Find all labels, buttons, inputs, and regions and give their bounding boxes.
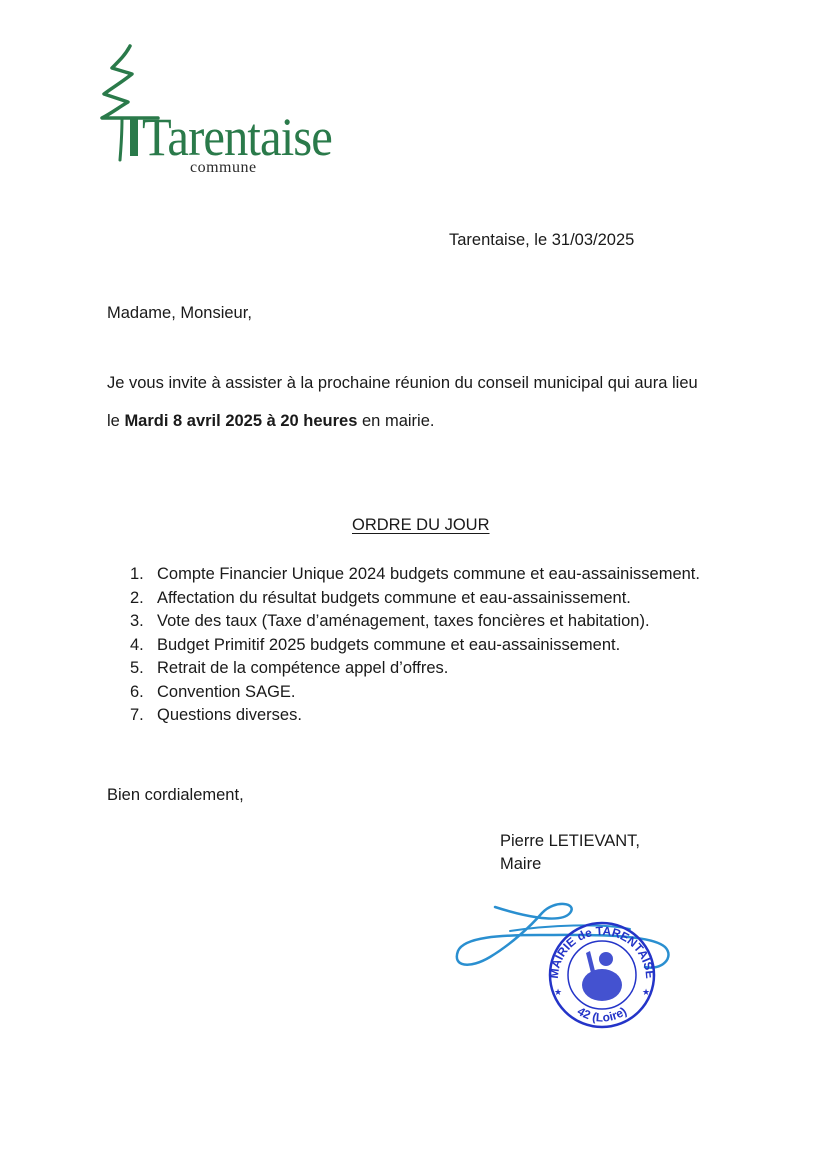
date-line: Tarentaise, le 31/03/2025	[449, 231, 634, 251]
agenda-item: 3.Vote des taux (Taxe d’aménagement, tax…	[130, 610, 700, 634]
stamp-bottom-text: 42 (Loire)	[575, 1004, 629, 1025]
meeting-datetime: Mardi 8 avril 2025 à 20 heures	[124, 412, 357, 430]
official-stamp: MAIRIE de TARENTAISE 42 (Loire) ★ ★	[547, 923, 657, 1027]
agenda-item: 6.Convention SAGE.	[130, 681, 700, 705]
body-paragraph-line-2: le Mardi 8 avril 2025 à 20 heures en mai…	[107, 412, 434, 432]
signer-name: Pierre LETIEVANT,	[500, 832, 640, 852]
star-icon: ★	[554, 987, 562, 997]
agenda-item: 5.Retrait de la compétence appel d’offre…	[130, 657, 700, 681]
agenda-item: 4.Budget Primitif 2025 budgets commune e…	[130, 634, 700, 658]
letterhead-logo: Tarentaise commune	[98, 44, 328, 174]
signature-and-stamp: MAIRIE de TARENTAISE 42 (Loire) ★ ★	[450, 895, 680, 1030]
agenda-item: 2.Affectation du résultat budgets commun…	[130, 587, 700, 611]
agenda-item: 1.Compte Financier Unique 2024 budgets c…	[130, 563, 700, 587]
closing: Bien cordialement,	[107, 786, 244, 806]
logo-name: Tarentaise	[142, 110, 332, 164]
agenda-list: 1.Compte Financier Unique 2024 budgets c…	[130, 563, 700, 728]
body-paragraph-line-1: Je vous invite à assister à la prochaine…	[107, 374, 698, 394]
body-prefix: le	[107, 412, 124, 430]
body-suffix: en mairie.	[357, 412, 434, 430]
star-icon: ★	[642, 987, 650, 997]
agenda-title: ORDRE DU JOUR	[352, 516, 490, 536]
svg-text:42 (Loire): 42 (Loire)	[575, 1004, 629, 1025]
logo-subtitle: commune	[190, 160, 257, 176]
salutation: Madame, Monsieur,	[107, 304, 252, 324]
agenda-item: 7.Questions diverses.	[130, 704, 700, 728]
signer-title: Maire	[500, 855, 541, 875]
marianne-emblem-icon	[582, 951, 622, 1001]
